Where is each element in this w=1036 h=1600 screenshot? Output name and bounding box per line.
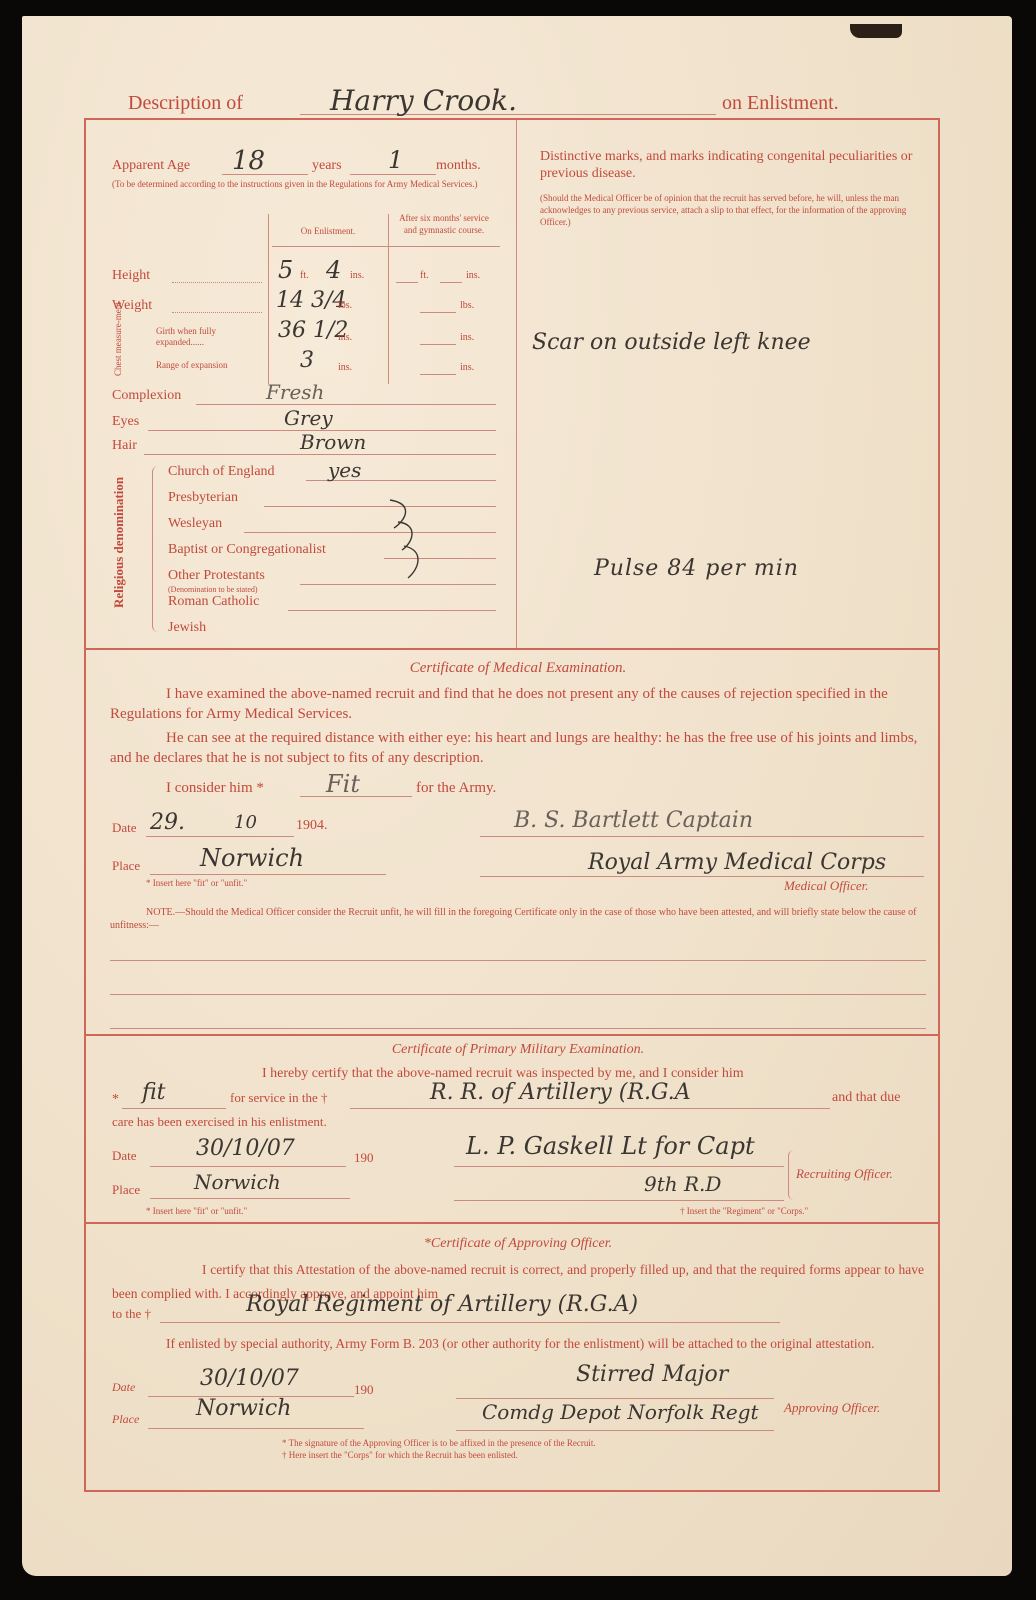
military-insert-note-1: * Insert here "fit" or "unfit." [146,1206,247,1216]
medical-cert-para-1: I have examined the above-named recruit … [110,684,930,724]
consider-suffix: for the Army. [416,780,496,797]
military-insert-note-2: † Insert the "Regiment" or "Corps." [680,1206,808,1216]
measure-col-divider-1 [268,214,269,384]
section-divider-medical [84,648,940,650]
age-months-value: 1 [388,146,403,174]
approving-place-line [148,1428,364,1429]
age-years-value: 18 [232,146,265,176]
column-divider [516,120,517,648]
title-prefix: Description of [128,92,243,114]
religion-presbyterian: Presbyterian [168,490,238,506]
consider-prefix: I consider him * [166,780,264,797]
lbs-label: lbs. [338,300,352,311]
complexion-line [196,404,496,405]
medical-place-value: Norwich [200,844,304,872]
approving-date-label: Date [112,1380,135,1395]
medical-fitness-value: Fit [326,770,360,798]
distinctive-marks-note: (Should the Medical Officer be of opinio… [540,192,932,228]
military-fitness-line [122,1108,226,1109]
religion-line-1 [264,506,496,507]
approving-footnote-1: * The signature of the Approving Officer… [282,1438,596,1448]
recruiting-officer-signature: L. P. Gaskell Lt for Capt [466,1132,755,1160]
recruiting-unit-line [454,1200,784,1201]
after-girth-ins-label: ins. [460,332,474,343]
page-title: Description of [128,92,243,115]
religion-church-of-england: Church of England [168,464,275,480]
military-place-line [150,1198,350,1199]
religion-group-label: Religious denomination [112,478,126,608]
ins-label: ins. [350,270,364,281]
after-ft-label: ft. [420,270,429,281]
approving-date-value: 30/10/07 [200,1366,299,1391]
medical-cert-heading: Certificate of Medical Examination. [0,660,1036,677]
military-place-label: Place [112,1182,140,1198]
medical-cert-para-2: He can see at the required distance with… [110,728,930,768]
height-ins-value: 4 [326,256,341,284]
medical-signature-line [480,836,924,837]
hair-value: Brown [300,430,366,454]
after-range-ins-label: ins. [460,362,474,373]
months-label: months. [436,158,481,174]
medical-insert-note: * Insert here "fit" or "unfit." [146,878,247,888]
eyes-value: Grey [284,406,333,430]
hair-line [144,454,496,455]
recruiting-officer-unit: 9th R.D [644,1172,721,1196]
medical-officer-label: Medical Officer. [784,878,868,894]
chest-label: Chest measure-ment [114,316,123,376]
military-cert-para-2: care has been exercised in his enlistmen… [112,1114,327,1130]
range-value: 3 [300,348,314,373]
military-fitness-marker: * [112,1092,119,1108]
range-ins-label: ins. [338,362,352,373]
military-fitness-value: fit [142,1080,166,1105]
approving-officer-label: Approving Officer. [784,1400,880,1416]
col-on-enlistment: On Enlistment. [278,226,378,236]
measure-col-divider-2 [388,214,389,384]
recruiting-brace [788,1150,795,1200]
military-date-label: Date [112,1148,137,1164]
religion-wesleyan: Wesleyan [168,516,222,532]
service-label: for service in the † [230,1090,327,1106]
approving-cert-heading: *Certificate of Approving Officer. [0,1236,1036,1252]
military-cert-heading: Certificate of Primary Military Examinat… [0,1042,1036,1058]
complexion-label: Complexion [112,388,181,404]
height-label: Height [112,268,150,284]
distinctive-mark-scar: Scar on outside left knee [532,330,811,355]
distinctive-marks-heading: Distinctive marks, and marks indicating … [540,148,932,182]
after-ins-label: ins. [466,270,480,281]
unfitness-line-2 [110,994,926,995]
section-divider-approving [84,1222,940,1224]
height-ft-value: 5 [278,256,293,284]
medical-corps-line [480,876,924,877]
range-label: Range of expansion [156,360,227,370]
religion-other-note: (Denomination to be stated) [168,585,258,594]
after-range-line [420,374,456,375]
religion-other-protestants: Other Protestants [168,568,265,584]
medical-place-line [150,874,386,875]
religion-line-2 [244,532,496,533]
to-the-label: to the † [112,1306,151,1322]
religion-jewish: Jewish [168,620,206,636]
religion-ditto-marks [384,494,444,594]
approving-place-value: Norwich [196,1396,291,1421]
medical-date-month: 10 [234,812,257,833]
medical-date-year: 1904. [296,818,328,834]
approving-footnote-2: † Here insert the "Corps" for which the … [282,1450,518,1460]
and-due-text: and that due [832,1090,900,1106]
approving-place-label: Place [112,1412,139,1427]
after-ft-line [396,282,418,283]
medical-corps-value: Royal Army Medical Corps [588,850,886,875]
title-suffix: on Enlistment. [722,92,839,115]
religion-roman-catholic: Roman Catholic [168,594,259,610]
recruit-name: Harry Crook. [330,84,517,117]
age-note: (To be determined according to the instr… [112,178,504,190]
header-underline [272,246,500,247]
col-after-six-months: After six months' service and gymnastic … [392,212,496,236]
approving-officer-signature: Stirred Major [576,1362,728,1387]
medical-date-line [146,836,294,837]
religion-church-of-england-value: yes [328,458,361,482]
age-months-line [350,174,436,175]
torn-corner [850,24,902,38]
medical-officer-signature: B. S. Bartlett Captain [514,808,753,833]
ft-label: ft. [300,270,309,281]
after-weight-line [420,312,456,313]
military-service-value: R. R. of Artillery (R.G.A [430,1080,691,1105]
weight-value: 14 3/4 [276,288,346,313]
unfitness-line-1 [110,960,926,961]
recruiting-signature-line [454,1166,784,1167]
approving-officer-unit: Comdg Depot Norfolk Regt [482,1400,759,1424]
after-ins-line [440,282,462,283]
unfitness-line-3 [110,1028,926,1029]
after-girth-line [420,344,456,345]
weight-dots [172,312,262,313]
height-dots [172,282,262,283]
years-label: years [312,158,342,174]
hair-label: Hair [112,438,137,454]
religion-baptist: Baptist or Congregationalist [168,542,326,558]
appointment-value: Royal Regiment of Artillery (R.G.A) [246,1292,638,1317]
approving-cert-para-2: If enlisted by special authority, Army F… [112,1334,924,1354]
medical-date-label: Date [112,820,137,836]
military-date-value: 30/10/07 [196,1136,295,1161]
complexion-value: Fresh [266,380,324,404]
medical-place-label: Place [112,858,140,874]
approving-unit-line [456,1430,774,1431]
medical-note: NOTE.—Should the Medical Officer conside… [110,906,930,932]
approving-signature-line [456,1398,774,1399]
religion-brace [152,466,159,632]
apparent-age-label: Apparent Age [112,158,190,174]
religion-line-5 [288,610,496,611]
distinctive-mark-pulse: Pulse 84 per min [594,556,799,581]
military-date-line [150,1166,346,1167]
military-place-value: Norwich [194,1170,281,1194]
girth-label: Girth when fully expanded...... [156,326,260,348]
service-line [350,1108,830,1109]
approving-year-prefix: 190 [354,1382,374,1398]
military-year-prefix: 190 [354,1150,374,1166]
recruiting-officer-label: Recruiting Officer. [796,1166,893,1182]
appointment-line [160,1322,780,1323]
girth-ins-label: ins. [338,332,352,343]
section-divider-military [84,1034,940,1036]
eyes-label: Eyes [112,414,139,430]
medical-date-day: 29. [150,810,185,835]
after-lbs-label: lbs. [460,300,474,311]
